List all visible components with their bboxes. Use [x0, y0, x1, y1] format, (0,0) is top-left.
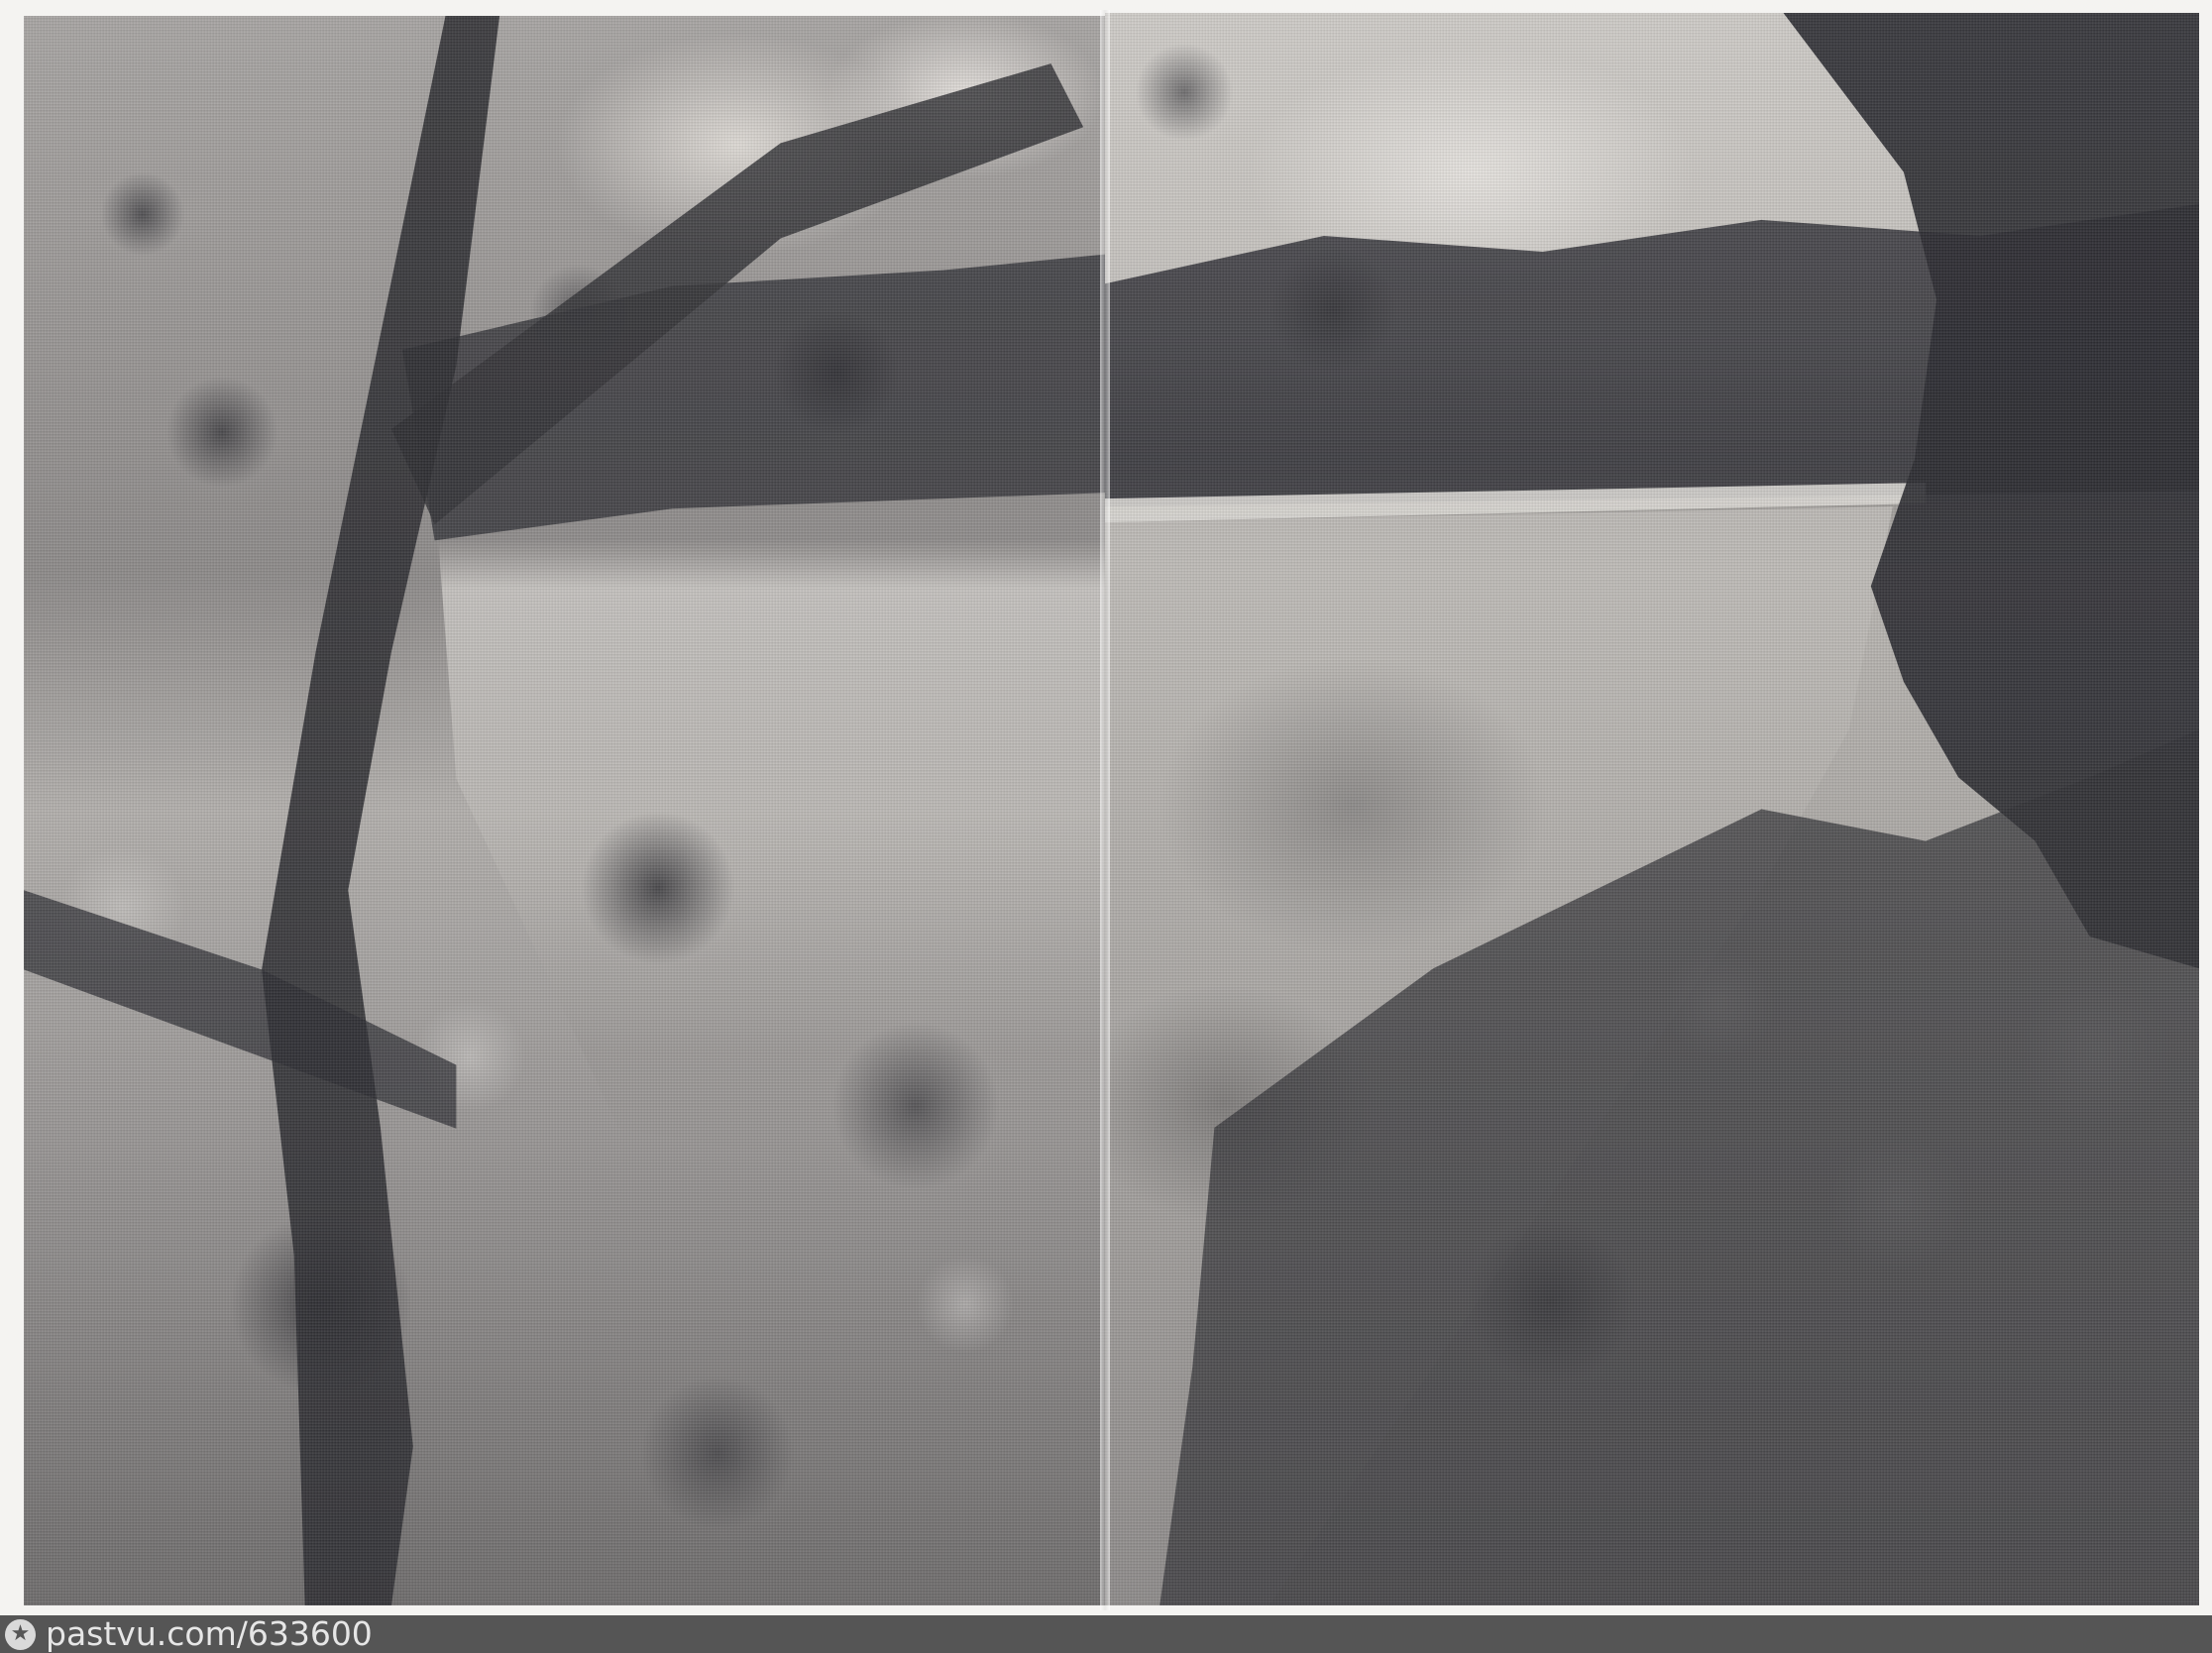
star-in-circle-icon: ★	[5, 1619, 36, 1650]
photo-right-page	[1105, 13, 2199, 1605]
book-gutter	[1100, 10, 1110, 1610]
watermark-bar: ★ pastvu.com/633600	[0, 1615, 2212, 1653]
print-grain	[24, 16, 1105, 1605]
photo-left-page	[24, 16, 1105, 1605]
print-grain	[1105, 13, 2199, 1605]
watermark-link-text[interactable]: pastvu.com/633600	[46, 1615, 373, 1653]
